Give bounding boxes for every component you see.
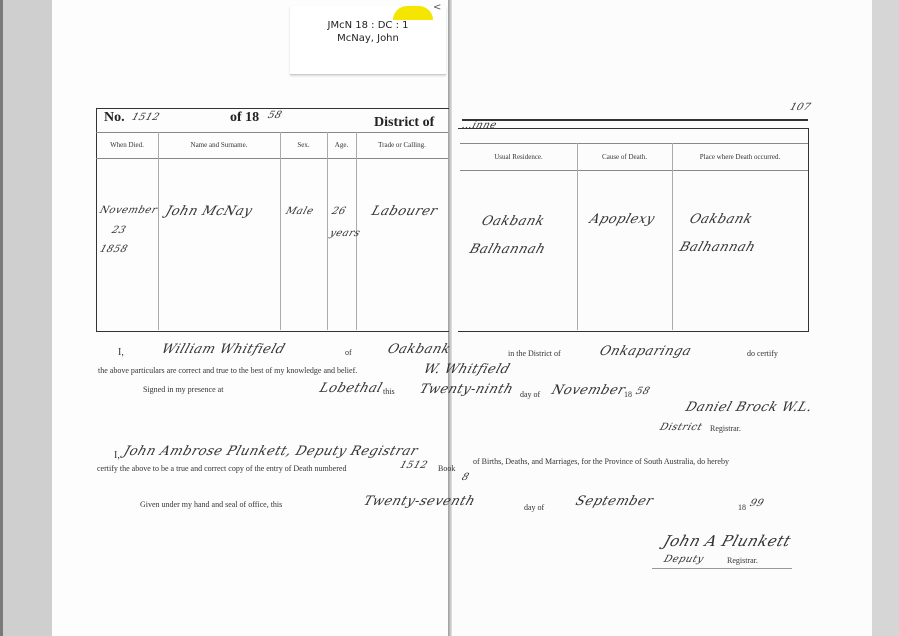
header-rule (462, 119, 808, 121)
header-sex: Sex. (280, 141, 327, 149)
place-line1: Oakbank (688, 212, 755, 227)
informant-of-label: of (345, 348, 352, 357)
page-number: 107 (788, 102, 812, 113)
signed-label: Signed in my presence at (143, 385, 223, 394)
informant-of-value: Oakbank (386, 342, 453, 357)
deceased-name: John McNay (164, 204, 255, 219)
place-line2: Balhannah (678, 240, 758, 255)
informant-district-label: in the District of (508, 349, 561, 358)
cert-i-label: I, (114, 450, 120, 461)
informant-district-value: Onkaparinga (598, 344, 694, 359)
column-divider (672, 143, 673, 330)
signed-place: Lobethal (318, 381, 385, 396)
label-name: McNay, John (290, 33, 446, 44)
header-age: Age. (327, 141, 356, 149)
cert-day-of-label: day of (524, 503, 544, 512)
book-label: Book (438, 464, 455, 473)
column-divider (280, 132, 281, 330)
death-number: 1512 (398, 460, 429, 471)
informant-month: November (550, 383, 628, 398)
district-registrar-signature: Daniel Brock W.L. (684, 400, 815, 415)
signature-rule (652, 568, 792, 569)
cert-day: Twenty-seventh (362, 494, 478, 509)
header-bottom-rule-right (460, 170, 808, 171)
column-divider (577, 143, 578, 330)
given-label: Given under my hand and seal of office, … (140, 500, 282, 509)
cert-year-label: 18 (738, 503, 746, 512)
age-unit: years (328, 228, 362, 239)
deputy-registrar-signature: John A Plunkett (661, 532, 793, 550)
label-reference: JMcN 18 : DC : 1 (290, 20, 446, 31)
trade-value: Labourer (370, 204, 440, 219)
informant-i-label: I, (118, 347, 124, 358)
column-divider (327, 132, 328, 330)
when-died-year: 1858 (98, 244, 129, 255)
this-label: this (383, 387, 395, 396)
office-text: of Births, Deaths, and Marriages, for th… (473, 457, 729, 466)
header-residence: Usual Residence. (460, 153, 577, 161)
header-trade: Trade or Calling. (356, 141, 448, 149)
sex-value: Male (284, 206, 315, 217)
pencil-mark: < (433, 2, 441, 13)
deputy-registrar-label: Registrar. (727, 556, 758, 565)
scan-right-margin (872, 0, 899, 636)
header-place: Place where Death occurred. (672, 153, 808, 161)
header-when-died: When Died. (96, 141, 158, 149)
cause-value: Apoplexy (588, 212, 657, 227)
column-divider (158, 132, 159, 330)
header-top-rule (96, 132, 448, 133)
when-died-month: November (98, 205, 158, 216)
particulars-text: the above particulars are correct and tr… (98, 366, 357, 375)
header-top-rule-right (460, 143, 808, 144)
yellow-dot-sticker (393, 6, 433, 20)
certify-copy-text: certify the above to be a true and corre… (97, 464, 346, 473)
informant-name: William Whitfield (160, 342, 288, 357)
cert-month: September (574, 494, 656, 509)
header-cause: Cause of Death. (577, 153, 672, 161)
day-of-label: day of (520, 390, 540, 399)
scan-left-margin (0, 0, 52, 636)
informant-signature: W. Whitfield (422, 362, 512, 377)
informant-day: Twenty-ninth (418, 382, 516, 397)
informant-certify-label: do certify (747, 349, 778, 358)
residence-line1: Oakbank (480, 214, 547, 229)
district-registrar-label: Registrar. (710, 424, 741, 433)
residence-line2: Balhannah (468, 242, 548, 257)
header-name: Name and Surname. (158, 141, 280, 149)
header-bottom-rule (96, 158, 448, 159)
deputy-registrar-name: John Ambrose Plunkett, Deputy Registrar (122, 444, 420, 459)
deputy-registrar-prefix: Deputy (662, 554, 705, 565)
district-registrar-prefix: District (658, 422, 704, 433)
informant-year-label: 18 (624, 390, 632, 399)
